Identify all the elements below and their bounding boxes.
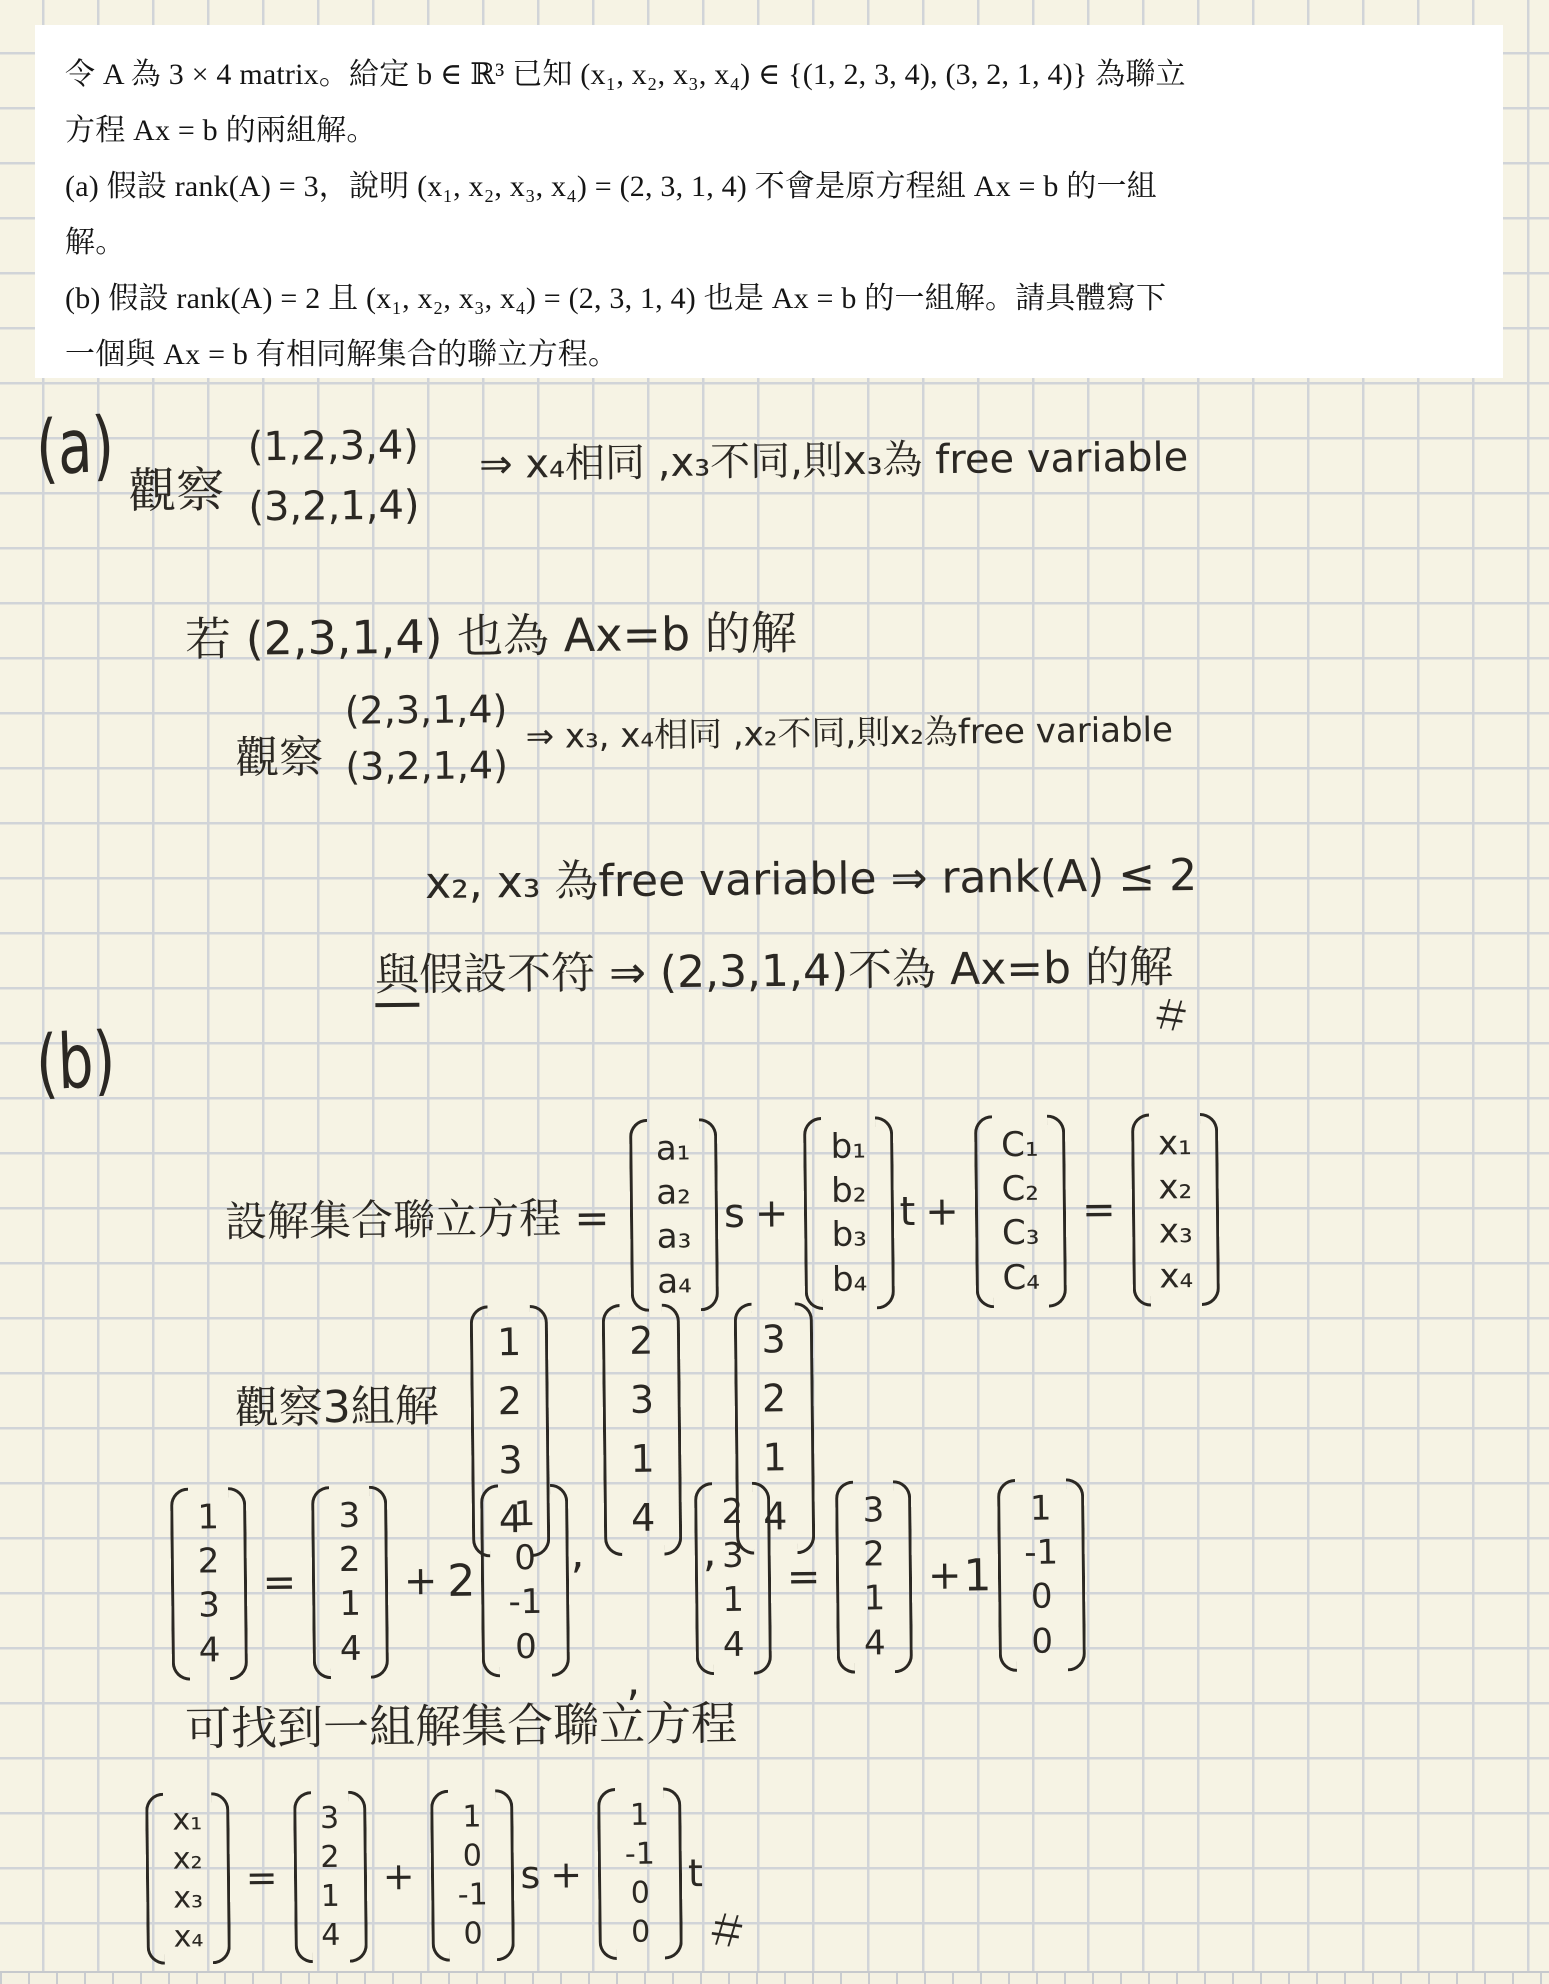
part-a-observe-2: 觀察 (2,3,1,4) (3,2,1,4) ⇒ x₃, x₄相同 ,x₂不同,… bbox=[235, 680, 1174, 790]
observe-1-conclusion: ⇒ x₄相同 ,x₃不同,則x₃為 free variable bbox=[479, 425, 1189, 489]
part-b-found-line: 可找到一組解集合聯立方程 bbox=[185, 1687, 738, 1759]
observe-verb: 觀察 bbox=[235, 721, 324, 786]
plus-sign: + bbox=[755, 1191, 789, 1237]
equals-sign: = bbox=[246, 1856, 278, 1900]
column-vector-a: a₁a₂a₃a₄ bbox=[629, 1118, 719, 1312]
solution-tuple-1: (1,2,3,4) bbox=[247, 423, 419, 471]
plus-sign: + bbox=[382, 1854, 414, 1898]
contradiction-text: 假設不符 ⇒ (2,3,1,4)不為 Ax=b 的解 bbox=[419, 942, 1174, 1001]
part-a-contradiction-line: 與假設不符 ⇒ (2,3,1,4)不為 Ax=b 的解 bbox=[375, 931, 1174, 1003]
coefficient-1: 1 bbox=[963, 1550, 992, 1601]
solution-tuple-2: (3,2,1,4) bbox=[248, 483, 420, 531]
column-vector-c: C₁C₂C₃C₄ bbox=[974, 1114, 1067, 1308]
coefficient-2: 2 bbox=[447, 1555, 476, 1606]
relation1-direction-vector: 10-10 bbox=[480, 1484, 570, 1678]
final-direction-vector-2: 1-100 bbox=[597, 1787, 683, 1960]
problem-line-2: 方程 Ax = b 的兩組解。 bbox=[65, 103, 1473, 159]
part-a-rank-line: x₂, x₃ 為free variable ⇒ rank(A) ≤ 2 bbox=[425, 839, 1198, 911]
problem-line-6: 一個與 Ax = b 有相同解集合的聯立方程。 bbox=[65, 327, 1473, 383]
final-direction-vector-1: 10-10 bbox=[430, 1789, 516, 1962]
observe-3-solutions-label: 觀察3組解 bbox=[234, 1370, 439, 1436]
scalar-s: s bbox=[724, 1191, 745, 1237]
problem-line-3: (a) 假設 rank(A) = 3，說明 (x₁, x₂, x₃, x₄) =… bbox=[65, 159, 1473, 215]
next-page-grid-edge bbox=[0, 1971, 1549, 1984]
problem-line-1: 令 A 為 3 × 4 matrix。給定 b ∈ ℝ³ 已知 (x₁, x₂,… bbox=[65, 47, 1473, 103]
part-b-label-text: (b) bbox=[34, 1016, 116, 1108]
relation2-lhs-vector: 2314 bbox=[694, 1482, 772, 1676]
problem-statement-box: 令 A 為 3 × 4 matrix。給定 b ∈ ℝ³ 已知 (x₁, x₂,… bbox=[35, 25, 1503, 378]
qed-mark-b: ＃ bbox=[701, 1892, 753, 1962]
plus-sign: + bbox=[404, 1558, 438, 1604]
setup-label: 設解集合聯立方程 = bbox=[225, 1186, 610, 1250]
relation2-base-vector: 3214 bbox=[835, 1480, 913, 1674]
relation1-lhs-vector: 1234 bbox=[170, 1487, 248, 1681]
part-a-label-text: (a) bbox=[34, 401, 115, 493]
part-a-observe-1: 觀察 (1,2,3,4) (3,2,1,4) ⇒ x₄相同 ,x₃不同,則x₃為… bbox=[127, 414, 1188, 531]
equals-sign: = bbox=[1082, 1187, 1116, 1233]
part-a-if-line: 若 (2,3,1,4) 也為 Ax=b 的解 bbox=[185, 597, 797, 669]
solution-tuple-4: (3,2,1,4) bbox=[345, 743, 508, 789]
plus-sign: + bbox=[550, 1852, 582, 1896]
problem-line-5: (b) 假設 rank(A) = 2 且 (x₁, x₂, x₃, x₄) = … bbox=[65, 271, 1473, 327]
equals-sign: = bbox=[262, 1560, 296, 1606]
underlined-character: 與 bbox=[375, 950, 420, 1007]
scalar-t: t bbox=[899, 1189, 915, 1235]
qed-mark-a: ＃ bbox=[1146, 980, 1196, 1045]
scalar-s: s bbox=[520, 1853, 540, 1897]
plus-sign: + bbox=[925, 1189, 959, 1235]
part-a-label: (a) bbox=[36, 415, 115, 481]
relation1-base-vector: 3214 bbox=[311, 1486, 389, 1680]
equals-sign: = bbox=[787, 1554, 821, 1600]
part-b-vector-relations: 1234 = 3214 + 2 10-10 , 2314 = 3214 + 1 … bbox=[164, 1478, 1092, 1680]
plus-sign: + bbox=[928, 1553, 962, 1599]
observe-2-conclusion: ⇒ x₃, x₄相同 ,x₂不同,則x₂為free variable bbox=[525, 702, 1173, 758]
problem-line-4: 解。 bbox=[65, 215, 1473, 271]
relation2-direction-vector: 1-100 bbox=[997, 1478, 1087, 1672]
part-b-setup-equation: 設解集合聯立方程 = a₁a₂a₃a₄ s + b₁b₂b₃b₄ t + C₁C… bbox=[224, 1113, 1226, 1316]
solution-tuple-3: (2,3,1,4) bbox=[344, 687, 507, 733]
part-b-label: (b) bbox=[36, 1030, 116, 1096]
part-b-final-equation: x₁x₂x₃x₄ = 3214 + 10-10 s + 1-100 t bbox=[139, 1787, 704, 1965]
scalar-t: t bbox=[688, 1851, 703, 1895]
column-vector-b: b₁b₂b₃b₄ bbox=[803, 1116, 894, 1310]
observe-verb: 觀察 bbox=[128, 452, 225, 522]
column-vector-x: x₁x₂x₃x₄ bbox=[1131, 1113, 1221, 1307]
final-base-vector: 3214 bbox=[293, 1791, 368, 1964]
final-x-vector: x₁x₂x₃x₄ bbox=[145, 1792, 231, 1965]
